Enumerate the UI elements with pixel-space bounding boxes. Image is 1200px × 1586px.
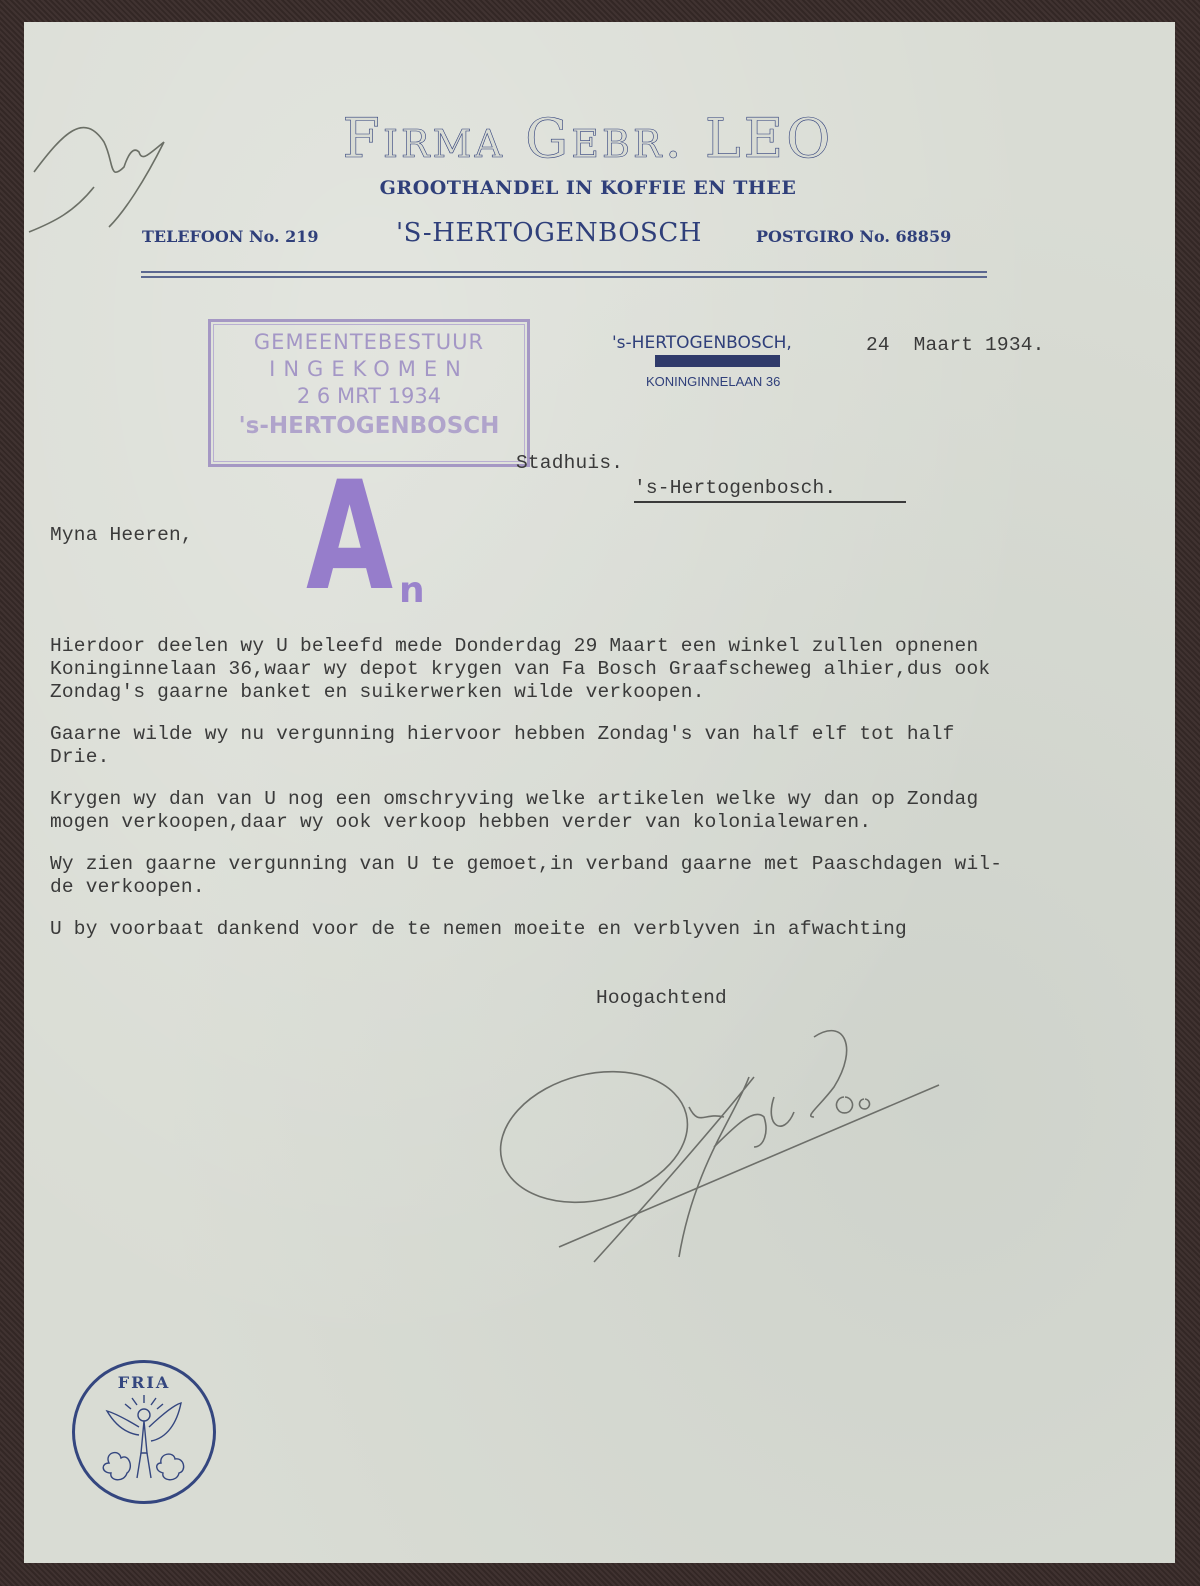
pencil-annotation-icon (24, 92, 194, 242)
letterhead-city: 'S-HERTOGENBOSCH (396, 218, 702, 248)
angel-icon (99, 1393, 189, 1493)
body-paragraph: Wy zien gaarne vergunning van U te gemoe… (50, 853, 1180, 899)
sender-bar (655, 355, 780, 367)
firm-name: Firma Gebr. LEO (258, 107, 918, 170)
letterhead-divider (141, 271, 987, 273)
letter-body: Hierdoor deelen wy U beleefd mede Donder… (50, 635, 1180, 960)
letterhead-divider (141, 276, 987, 278)
letter-page: Firma Gebr. LEO GROOTHANDEL IN KOFFIE EN… (24, 22, 1175, 1563)
salutation: Myna Heeren, (50, 524, 193, 546)
recipient-underline (634, 501, 906, 503)
received-stamp: GEMEENTEBESTUUR INGEKOMEN 2 6 MRT 1934 '… (208, 319, 530, 467)
registry-suffix-stamp: n (399, 570, 425, 611)
body-paragraph: U by voorbaat dankend voor de te nemen m… (50, 918, 1180, 941)
sender-place: 's-HERTOGENBOSCH, (612, 333, 792, 353)
telephone-number: TELEFOON No. 219 (142, 227, 319, 246)
postgiro-number: POSTGIRO No. 68859 (756, 227, 951, 246)
signature-icon (464, 1007, 964, 1267)
business-subtitle: GROOTHANDEL IN KOFFIE EN THEE (258, 177, 918, 199)
stamp-line: INGEKOMEN (211, 359, 527, 380)
seal-text: FRIA (75, 1373, 213, 1392)
body-paragraph: Hierdoor deelen wy U beleefd mede Donder… (50, 635, 1180, 704)
stamp-line: 's-HERTOGENBOSCH (211, 415, 527, 438)
registry-letter-stamp: A (306, 462, 393, 612)
recipient-city: 's-Hertogenbosch. (634, 477, 836, 499)
stamp-line: GEMEENTEBESTUUR (211, 332, 527, 353)
fria-seal: FRIA (72, 1360, 216, 1504)
sender-address: KONINGINNELAAN 36 (646, 374, 780, 389)
stamp-date: 2 6 MRT 1934 (211, 386, 527, 407)
closing: Hoogachtend (596, 987, 727, 1009)
body-paragraph: Krygen wy dan van U nog een omschryving … (50, 788, 1180, 834)
recipient-line: Stadhuis. (516, 452, 623, 474)
letter-date: 24 Maart 1934. (866, 334, 1045, 356)
body-paragraph: Gaarne wilde wy nu vergunning hiervoor h… (50, 723, 1180, 769)
